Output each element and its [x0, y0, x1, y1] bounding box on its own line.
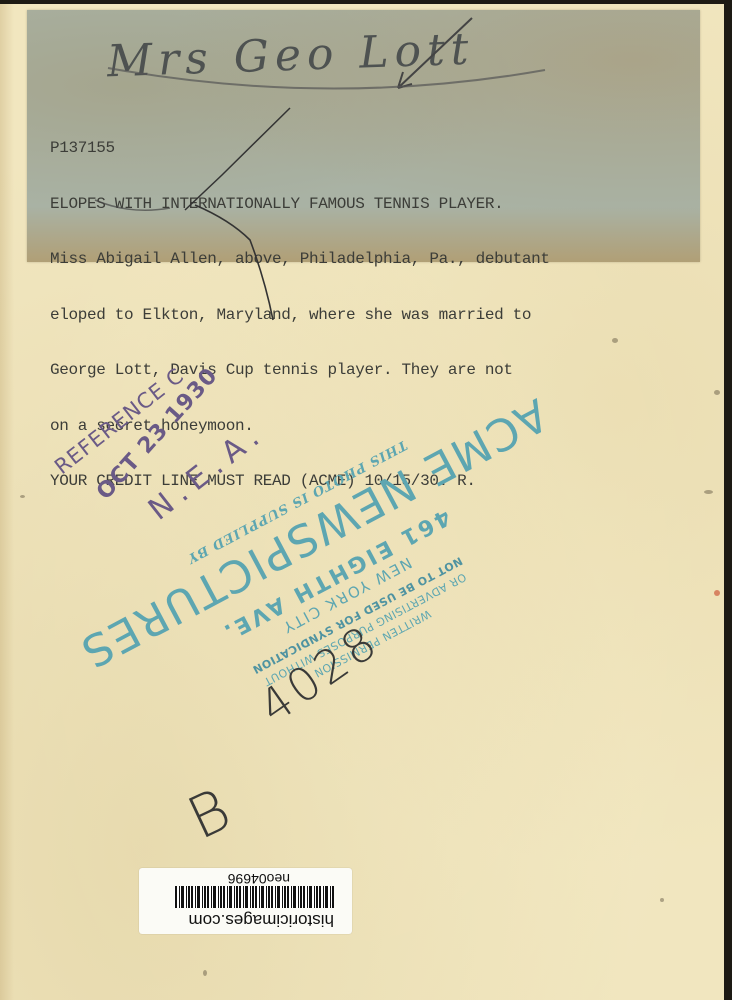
caption-clipping: Mrs Geo Lott P137155 ELOPES WITH INTERNA… [27, 10, 700, 262]
caption-id: P137155 [50, 139, 700, 158]
barcode-icon [174, 886, 334, 908]
speck [203, 970, 207, 976]
barcode-id: neo04696 [228, 871, 290, 887]
caption-headline: ELOPES WITH INTERNATIONALLY FAMOUS TENNI… [50, 195, 700, 214]
speck [704, 490, 713, 494]
speck [714, 390, 720, 395]
page-edge-shadow [0, 4, 14, 1000]
pencil-annotation: Mrs Geo Lott [106, 24, 475, 88]
speck [660, 898, 664, 902]
speck [20, 495, 25, 498]
caption-line: eloped to Elkton, Maryland, where she wa… [50, 306, 700, 325]
caption-line: Miss Abigail Allen, above, Philadelphia,… [50, 250, 700, 269]
barcode-domain: historicimages.com [189, 910, 335, 930]
speck [424, 312, 428, 316]
speck [612, 338, 618, 343]
speck [714, 590, 720, 596]
barcode-sticker: historicimages.com neo04696 [139, 868, 352, 934]
